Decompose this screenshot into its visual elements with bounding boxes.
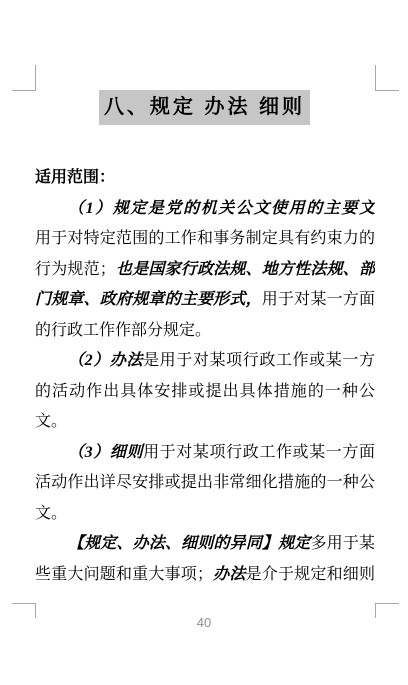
text-segment: （1）规定是党的机关公文使用的主要文种，	[68, 200, 375, 225]
text-segment: 是介于规定和细则	[246, 566, 375, 583]
text-segment: 多用于某	[310, 535, 375, 552]
text-line: 门规章、政府规章的主要形式，用于对某一方面	[35, 285, 375, 316]
text-segment: 活动作出详尽安排或提出非常细化措施的一种公	[35, 474, 375, 491]
text-segment: （3）细则	[68, 444, 143, 461]
crop-mark-top-right	[375, 65, 399, 91]
text-segment: 【规定、办法、细则的异同】规定	[68, 535, 310, 552]
crop-mark-top-left	[12, 65, 36, 91]
text-segment: 适用范围：	[35, 169, 115, 186]
text-segment: （2）办法	[68, 352, 143, 369]
body-text: 适用范围：（1）规定是党的机关公文使用的主要文种，用于对特定范围的工作和事务制定…	[35, 163, 375, 590]
text-line: 用于对特定范围的工作和事务制定具有约束力的	[35, 224, 375, 255]
text-segment: 文。	[35, 505, 67, 522]
text-line: 文。	[35, 499, 375, 530]
page-number: 40	[0, 615, 408, 630]
text-line: （1）规定是党的机关公文使用的主要文种，	[35, 194, 375, 225]
text-line: （2）办法是用于对某项行政工作或某一方面	[35, 346, 375, 377]
text-segment: 行为规范；	[35, 261, 116, 278]
text-line: 行为规范；也是国家行政法规、地方性法规、部	[35, 255, 375, 286]
text-line: 些重大问题和重大事项；办法是介于规定和细则	[35, 560, 375, 591]
text-segment: 也是国家行政法规、地方性法规、部	[116, 261, 375, 278]
text-segment: 用于对某一方面	[262, 291, 375, 308]
document-page: 八、规定 办法 细则 适用范围：（1）规定是党的机关公文使用的主要文种，用于对特…	[0, 0, 408, 685]
text-segment: 的行政工作作部分规定。	[35, 322, 211, 339]
text-line: 的行政工作作部分规定。	[35, 316, 375, 347]
text-segment: 文。	[35, 413, 67, 430]
text-segment: 用于对特定范围的工作和事务制定具有约束力的	[35, 230, 375, 247]
text-segment: 办法	[213, 566, 246, 583]
section-title: 八、规定 办法 细则	[99, 90, 310, 125]
text-segment: 些重大问题和重大事项；	[35, 566, 213, 583]
text-segment: 门规章、政府规章的主要形式，	[35, 291, 262, 308]
text-line: （3）细则用于对某项行政工作或某一方面的	[35, 438, 375, 469]
text-line: 【规定、办法、细则的异同】规定多用于某	[35, 529, 375, 560]
text-line: 适用范围：	[35, 163, 375, 194]
text-line: 活动作出详尽安排或提出非常细化措施的一种公	[35, 468, 375, 499]
text-line: 的活动作出具体安排或提出具体措施的一种公	[35, 377, 375, 408]
text-segment: 的活动作出具体安排或提出具体措施的一种公	[35, 383, 375, 400]
text-line: 文。	[35, 407, 375, 438]
